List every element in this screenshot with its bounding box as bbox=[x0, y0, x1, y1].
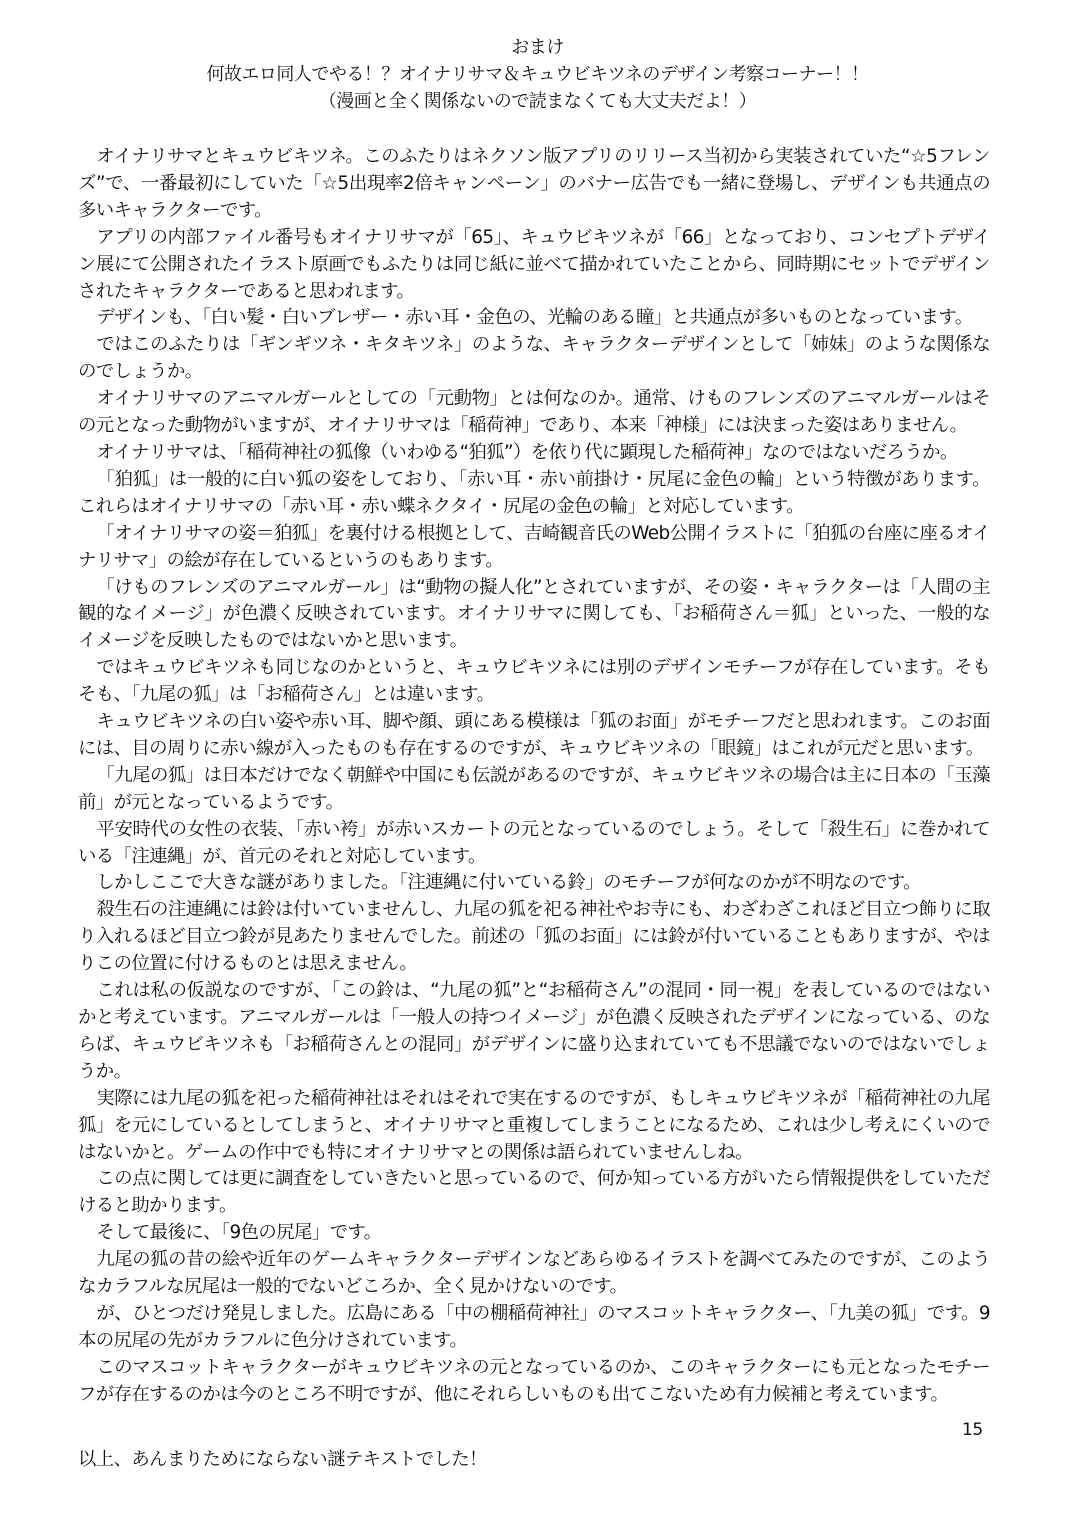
paragraph: 九尾の狐の昔の絵や近年のゲームキャラクターデザインなどあらゆるイラストを調べてみ… bbox=[78, 1247, 990, 1301]
paragraph: これは私の仮説なのですが、「この鈴は、“九尾の狐”と“お稲荷さん”の混同・同一視… bbox=[78, 978, 990, 1086]
paragraph: が、ひとつだけ発見しました。広島にある「中の棚稲荷神社」のマスコットキャラクター… bbox=[78, 1301, 990, 1355]
paragraph: オイナリサマとキュウビキツネ。このふたりはネクソン版アプリのリリース当初から実装… bbox=[78, 144, 990, 225]
paragraph: 「オイナリサマの姿＝狛狐」を裏付ける根拠として、吉崎観音氏のWeb公開イラストに… bbox=[78, 521, 990, 575]
paragraph: そして最後に、「9色の尻尾」です。 bbox=[78, 1220, 990, 1247]
paragraph: 殺生石の注連縄には鈴は付いていませんし、九尾の狐を祀る神社やお寺にも、わざわざこ… bbox=[78, 897, 990, 978]
paragraph: オイナリサマは、「稲荷神社の狐像（いわゆる“狛狐”）を依り代に顕現した稲荷神」な… bbox=[78, 440, 990, 467]
paragraph: 「けものフレンズのアニマルガール」は“動物の擬人化”とされていますが、その姿・キ… bbox=[78, 575, 990, 656]
paragraph: デザインも、「白い髪・白いブレザー・赤い耳・金色の、光輪のある瞳」と共通点が多い… bbox=[78, 305, 990, 332]
page-number: 15 bbox=[962, 1420, 983, 1440]
paragraph: アプリの内部ファイル番号もオイナリサマが「65」、キュウビキツネが「66」となっ… bbox=[78, 225, 990, 306]
paragraph: ではキュウビキツネも同じなのかというと、キュウビキツネには別のデザインモチーフが… bbox=[78, 655, 990, 709]
paragraph: しかしここで大きな謎がありました。「注連縄に付いている鈴」のモチーフが何なのかが… bbox=[78, 870, 990, 897]
paragraph: このマスコットキャラクターがキュウビキツネの元となっているのか、このキャラクター… bbox=[78, 1355, 990, 1409]
header-label: おまけ bbox=[0, 34, 1075, 61]
paragraph: オイナリサマのアニマルガールとしての「元動物」とは何なのか。通常、けものフレンズ… bbox=[78, 386, 990, 440]
page-header: おまけ 何故エロ同人でやる！？オイナリサマ＆キュウビキツネのデザイン考察コーナー… bbox=[0, 34, 1075, 115]
paragraph: 「狛狐」は一般的に白い狐の姿をしており、「赤い耳・赤い前掛け・尻尾に金色の輪」と… bbox=[78, 467, 990, 521]
article-body: オイナリサマとキュウビキツネ。このふたりはネクソン版アプリのリリース当初から実装… bbox=[78, 144, 990, 1409]
paragraph: 「九尾の狐」は日本だけでなく朝鮮や中国にも伝説があるのですが、キュウビキツネの場… bbox=[78, 763, 990, 817]
paragraph: キュウビキツネの白い姿や赤い耳、脚や顔、頭にある模様は「狐のお面」がモチーフだと… bbox=[78, 709, 990, 763]
paragraph: この点に関しては更に調査をしていきたいと思っているので、何か知っている方がいたら… bbox=[78, 1166, 990, 1220]
page-subtitle: （漫画と全く関係ないので読まなくても大丈夫だよ！） bbox=[0, 88, 1075, 115]
paragraph: 実際には九尾の狐を祀った稲荷神社はそれはそれで実在するのですが、もしキュウビキツ… bbox=[78, 1086, 990, 1167]
page-title: 何故エロ同人でやる！？オイナリサマ＆キュウビキツネのデザイン考察コーナー！！ bbox=[0, 61, 1075, 88]
paragraph: 平安時代の女性の衣装、「赤い袴」が赤いスカートの元となっているのでしょう。そして… bbox=[78, 817, 990, 871]
closing-line: 以上、あんまりためにならない謎テキストでした！ bbox=[78, 1446, 487, 1473]
paragraph: ではこのふたりは「ギンギツネ・キタキツネ」のような、キャラクターデザインとして「… bbox=[78, 332, 990, 386]
